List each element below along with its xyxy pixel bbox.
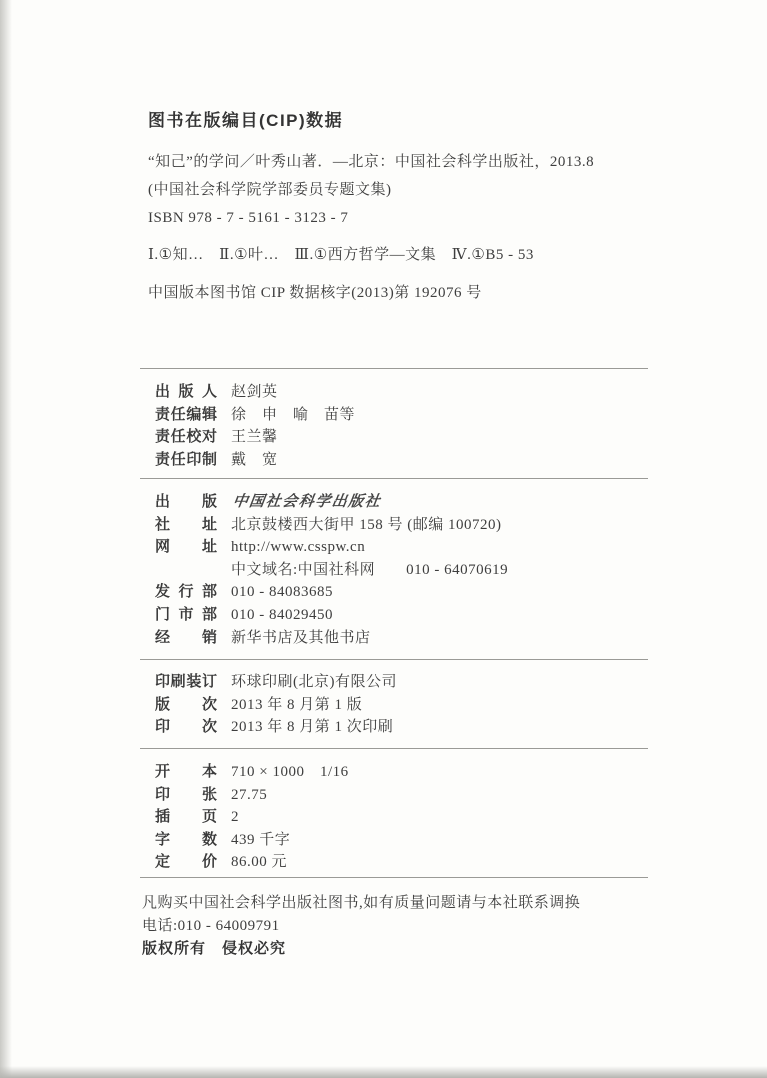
info-row: 印次 2013 年 8 月第 1 次印刷 — [140, 716, 652, 739]
info-row-label: 出版 — [155, 491, 217, 514]
info-row: 责任编辑 徐 申 喻 苗等 — [140, 404, 652, 427]
info-row-value: 710 × 1000 1/16 — [231, 761, 349, 784]
info-row-label: 责任编辑 — [155, 404, 217, 427]
info-row: 定价 86.00 元 — [140, 851, 652, 874]
info-row-label: 印张 — [155, 784, 217, 807]
cip-index-line: Ⅰ.①知… Ⅱ.①叶… Ⅲ.①西方哲学—文集 Ⅳ.①B5 - 53 — [148, 243, 660, 264]
info-row-label: 印刷装订 — [155, 671, 217, 694]
info-row: 社址 北京鼓楼西大街甲 158 号 (邮编 100720) — [140, 514, 652, 537]
info-row-value: 2013 年 8 月第 1 版 — [231, 694, 362, 717]
info-row-label: 责任校对 — [155, 426, 217, 449]
info-row: 版次 2013 年 8 月第 1 版 — [140, 694, 652, 717]
info-row-label: 插页 — [155, 806, 217, 829]
copyright-page: 图书在版编目(CIP)数据 “知己”的学问／叶秀山著．—北京：中国社会科学出版社… — [0, 0, 767, 1078]
info-row: 中文域名:中国社科网 010 - 64070619 — [140, 559, 652, 582]
info-row-value: http://www.csspw.cn — [231, 536, 365, 559]
divider — [140, 659, 648, 660]
staff-section: 出版人 赵剑英 责任编辑 徐 申 喻 苗等 责任校对 王兰馨 责任印制 戴 宽 — [140, 381, 652, 471]
info-row-label: 经销 — [155, 627, 217, 650]
info-row-value: 王兰馨 — [231, 426, 278, 449]
info-row-value: 中国社会科学出版社 — [231, 491, 383, 514]
info-row: 发行部 010 - 84083685 — [140, 581, 652, 604]
format-section: 开本 710 × 1000 1/16 印张 27.75 插页 2 字数 439 … — [140, 761, 652, 874]
info-row-value: 环球印刷(北京)有限公司 — [231, 671, 397, 694]
info-row: 字数 439 千字 — [140, 829, 652, 852]
info-row: 插页 2 — [140, 806, 652, 829]
info-row-label: 责任印制 — [155, 449, 217, 472]
cip-description-line: “知己”的学问／叶秀山著．—北京：中国社会科学出版社，2013.8 — [148, 148, 660, 176]
info-row: 出版人 赵剑英 — [140, 381, 652, 404]
printing-section: 印刷装订 环球印刷(北京)有限公司 版次 2013 年 8 月第 1 版 印次 … — [140, 671, 652, 739]
info-row-label: 网址 — [155, 536, 217, 559]
info-row-value: 27.75 — [231, 784, 267, 807]
info-row-value: 439 千字 — [231, 829, 290, 852]
footer-block: 凡购买中国社会科学出版社图书,如有质量问题请与本社联系调换 电话:010 - 6… — [142, 892, 654, 961]
info-row: 经销 新华书店及其他书店 — [140, 627, 652, 650]
info-row-label: 开本 — [155, 761, 217, 784]
info-row-value: 赵剑英 — [231, 381, 278, 404]
info-row-label: 发行部 — [155, 581, 217, 604]
contact-phone: 电话:010 - 64009791 — [142, 915, 654, 938]
info-row: 门市部 010 - 84029450 — [140, 604, 652, 627]
divider — [140, 748, 648, 749]
info-row-value: 新华书店及其他书店 — [231, 627, 371, 650]
scan-left-shadow — [0, 0, 12, 1078]
info-row-label — [155, 559, 217, 582]
info-row-label: 社址 — [155, 514, 217, 537]
info-row: 印张 27.75 — [140, 784, 652, 807]
divider — [140, 877, 648, 878]
info-row: 出版 中国社会科学出版社 — [140, 491, 652, 514]
copyright-rights-statement: 版权所有 侵权必究 — [142, 938, 654, 961]
info-row-label: 出版人 — [155, 381, 217, 404]
divider — [140, 368, 648, 369]
info-row-value: 010 - 84083685 — [231, 581, 333, 604]
info-row-value: 2 — [231, 806, 239, 829]
info-row: 开本 710 × 1000 1/16 — [140, 761, 652, 784]
info-row-value: 徐 申 喻 苗等 — [231, 404, 355, 427]
quality-notice: 凡购买中国社会科学出版社图书,如有质量问题请与本社联系调换 — [142, 892, 654, 915]
info-row: 印刷装订 环球印刷(北京)有限公司 — [140, 671, 652, 694]
info-row-label: 版次 — [155, 694, 217, 717]
cip-description-line: (中国社会科学院学部委员专题文集) — [148, 176, 660, 204]
info-row-value: 2013 年 8 月第 1 次印刷 — [231, 716, 393, 739]
info-row-value: 中文域名:中国社科网 010 - 64070619 — [231, 559, 508, 582]
cip-description-line: ISBN 978 - 7 - 5161 - 3123 - 7 — [148, 204, 660, 232]
info-row: 责任校对 王兰馨 — [140, 426, 652, 449]
info-row-value: 010 - 84029450 — [231, 604, 333, 627]
info-row: 网址 http://www.csspw.cn — [140, 536, 652, 559]
publishing-section: 出版 中国社会科学出版社 社址 北京鼓楼西大街甲 158 号 (邮编 10072… — [140, 491, 652, 649]
info-row-label: 门市部 — [155, 604, 217, 627]
cip-description: “知己”的学问／叶秀山著．—北京：中国社会科学出版社，2013.8 (中国社会科… — [148, 148, 660, 232]
info-row-label: 字数 — [155, 829, 217, 852]
info-row-label: 印次 — [155, 716, 217, 739]
cip-block: 图书在版编目(CIP)数据 “知己”的学问／叶秀山著．—北京：中国社会科学出版社… — [148, 106, 660, 302]
info-row: 责任印制 戴 宽 — [140, 449, 652, 472]
info-row-value: 86.00 元 — [231, 851, 287, 874]
info-row-label: 定价 — [155, 851, 217, 874]
info-row-value: 北京鼓楼西大街甲 158 号 (邮编 100720) — [231, 514, 502, 537]
cip-heading: 图书在版编目(CIP)数据 — [148, 106, 660, 131]
divider — [140, 478, 648, 479]
info-row-value: 戴 宽 — [231, 449, 278, 472]
cip-record-line: 中国版本图书馆 CIP 数据核字(2013)第 192076 号 — [148, 281, 660, 302]
scan-bottom-shadow — [0, 1066, 767, 1078]
